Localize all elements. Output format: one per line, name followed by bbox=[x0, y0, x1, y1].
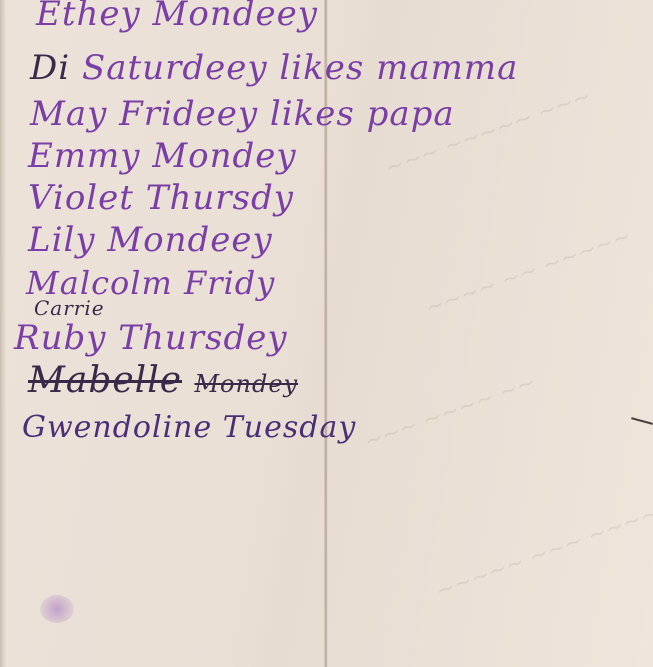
entry-line: Di Saturdeey likes mamma bbox=[30, 48, 518, 88]
paper-edge bbox=[0, 0, 6, 667]
entry-line: Ruby Thursdey bbox=[14, 318, 288, 358]
entry-day: Fridy bbox=[184, 264, 275, 302]
entry-line: Ethey Mondeey bbox=[36, 0, 318, 34]
entry-line: Violet Thursdy bbox=[28, 178, 294, 218]
entry-name: Gwendoline bbox=[22, 410, 212, 445]
entry-note: likes papa bbox=[270, 94, 455, 134]
ink-mark bbox=[631, 417, 653, 425]
entry-day: Mondey bbox=[194, 370, 298, 398]
entry-name: May bbox=[30, 94, 107, 134]
entry-name: Lily bbox=[28, 220, 96, 260]
entry-day: Mondeey bbox=[107, 220, 272, 260]
bleed-through-text: ~~~~ ~~ ~~~~~ bbox=[422, 224, 634, 322]
entry-day: Thursdey bbox=[118, 318, 287, 358]
entry-day: Thursdy bbox=[146, 178, 294, 218]
entry-day: Saturdeey bbox=[82, 48, 268, 88]
entry-day: Tuesday bbox=[223, 410, 357, 445]
entry-line: May Frideey likes papa bbox=[30, 94, 455, 134]
entry-note: likes mamma bbox=[279, 48, 518, 88]
entry-line: Emmy Mondey bbox=[28, 136, 297, 176]
entry-name: Carrie bbox=[34, 296, 105, 320]
ink-stain bbox=[40, 595, 74, 623]
entry-day: Frideey bbox=[119, 94, 258, 134]
bleed-through-text: ~~~~~ ~~~ ~~~~ bbox=[433, 501, 653, 605]
entry-name: Mabelle bbox=[28, 360, 182, 401]
entry-name: Ethey bbox=[36, 0, 141, 34]
entry-line: Carrie bbox=[34, 296, 105, 320]
entry-line: Gwendoline Tuesday bbox=[22, 410, 356, 445]
entry-day: Mondey bbox=[152, 136, 296, 176]
entry-line: Mabelle Mondey bbox=[28, 360, 298, 401]
entry-day: Mondeey bbox=[153, 0, 318, 34]
entry-line: Lily Mondeey bbox=[28, 220, 273, 260]
document-page: ~~~ ~~~~~ ~~~ ~~~~ ~~ ~~~~~ ~~~ ~~~~ ~~ … bbox=[0, 0, 653, 667]
entry-name: Ruby bbox=[14, 318, 106, 358]
entry-name: Emmy bbox=[28, 136, 141, 176]
entry-name: Di bbox=[30, 48, 70, 88]
bleed-through-text: ~~~ ~~~~ ~~ bbox=[361, 370, 539, 455]
entry-name: Violet bbox=[28, 178, 134, 218]
